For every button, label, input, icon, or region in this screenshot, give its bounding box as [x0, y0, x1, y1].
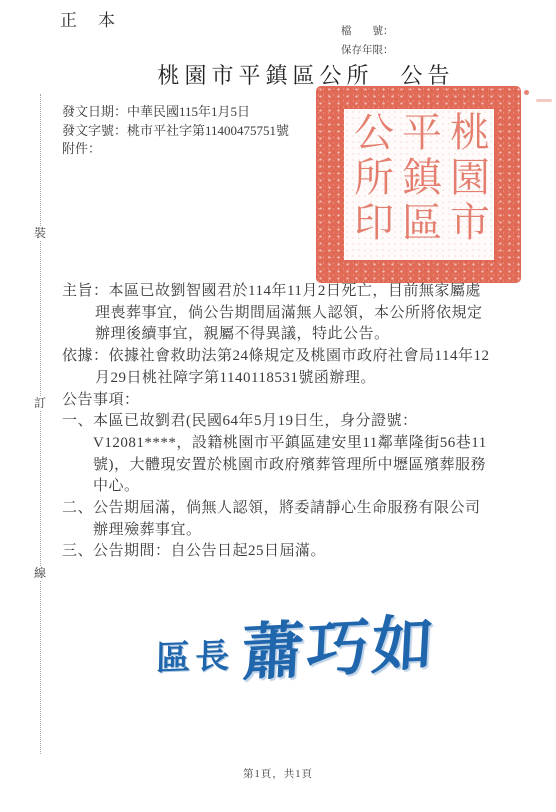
- announcement-item-2: 二、公告期屆滿，倘無人認領，將委請靜心生命服務有限公司辦理殮葬事宜。: [62, 498, 496, 541]
- binding-dotted-line: [40, 94, 41, 754]
- document-page: 正 本 檔 號： 保存年限： 桃園市平鎮區公所 公告 發文日期：中華民國115年…: [0, 0, 556, 812]
- attachment-label: 附件：: [62, 141, 101, 156]
- basis-text: 依據社會救助法第24條規定及桃園市政府社會局114年12月29日桃社障字第114…: [95, 348, 489, 386]
- issue-date-value: 中華民國115年1月5日: [127, 104, 250, 119]
- seal-ink-fleck: [524, 90, 529, 95]
- item-2-number: 二、: [62, 500, 93, 516]
- signature-title: 區長: [156, 628, 235, 680]
- district-chief-signature-stamp: 區長 蕭巧如: [155, 595, 439, 694]
- item-1-text: 本區已故劉君(民國64年5月19日生，身分證號：V12081****，設籍桃園市…: [93, 413, 487, 494]
- item-3-number: 三、: [62, 543, 93, 559]
- official-seal-stamp: 桃園市平鎮區公所印: [316, 86, 521, 283]
- doc-number-label: 發文字號：: [62, 123, 127, 138]
- doc-number-value: 桃市平社字第11400475751號: [127, 123, 289, 138]
- item-3-text: 公告期間：自公告日起25日屆滿。: [93, 543, 326, 559]
- announcement-body: 主旨：本區已故劉智國君於114年11月2日死亡，目前無家屬處理喪葬事宜，倘公告期…: [62, 281, 496, 563]
- issue-date-label: 發文日期：: [62, 104, 127, 119]
- subject-text: 本區已故劉智國君於114年11月2日死亡，目前無家屬處理喪葬事宜，倘公告期間屆滿…: [95, 283, 483, 342]
- doc-number-row: 發文字號：桃市平社字第11400475751號: [62, 122, 289, 141]
- binding-mark-zhuang: 裝: [32, 226, 48, 240]
- retention-period-label: 保存年限：: [341, 42, 394, 61]
- attachment-row: 附件：: [62, 140, 289, 159]
- official-seal-inner: 桃園市平鎮區公所印: [344, 109, 494, 260]
- signature-name: 蕭巧如: [240, 593, 440, 692]
- file-number-block: 檔 號： 保存年限：: [341, 23, 394, 60]
- issuance-meta-block: 發文日期：中華民國115年1月5日 發文字號：桃市平社字第11400475751…: [62, 103, 289, 159]
- announcement-item-1: 一、本區已故劉君(民國64年5月19日生，身分證號：V12081****，設籍桃…: [62, 411, 496, 498]
- item-2-text: 公告期屆滿，倘無人認領，將委請靜心生命服務有限公司辦理殮葬事宜。: [93, 500, 481, 538]
- items-heading: 公告事項：: [62, 390, 496, 412]
- file-number-label: 檔 號：: [341, 23, 394, 42]
- announcement-item-3: 三、公告期間：自公告日起25日屆滿。: [62, 541, 496, 563]
- subject-label: 主旨：: [62, 283, 109, 299]
- subject-paragraph: 主旨：本區已故劉智國君於114年11月2日死亡，目前無家屬處理喪葬事宜，倘公告期…: [62, 281, 496, 346]
- page-number: 第1頁，共1頁: [0, 766, 556, 781]
- seal-ink-smudge: [536, 99, 552, 102]
- copy-type-label: 正 本: [60, 6, 117, 31]
- basis-label: 依據：: [62, 348, 109, 364]
- item-1-number: 一、: [62, 413, 93, 429]
- basis-paragraph: 依據：依據社會救助法第24條規定及桃園市政府社會局114年12月29日桃社障字第…: [62, 346, 496, 389]
- issue-date-row: 發文日期：中華民國115年1月5日: [62, 103, 289, 122]
- official-seal-text: 桃園市平鎮區公所印: [347, 111, 491, 259]
- binding-mark-xian: 線: [32, 566, 48, 580]
- binding-mark-ding: 訂: [32, 396, 48, 410]
